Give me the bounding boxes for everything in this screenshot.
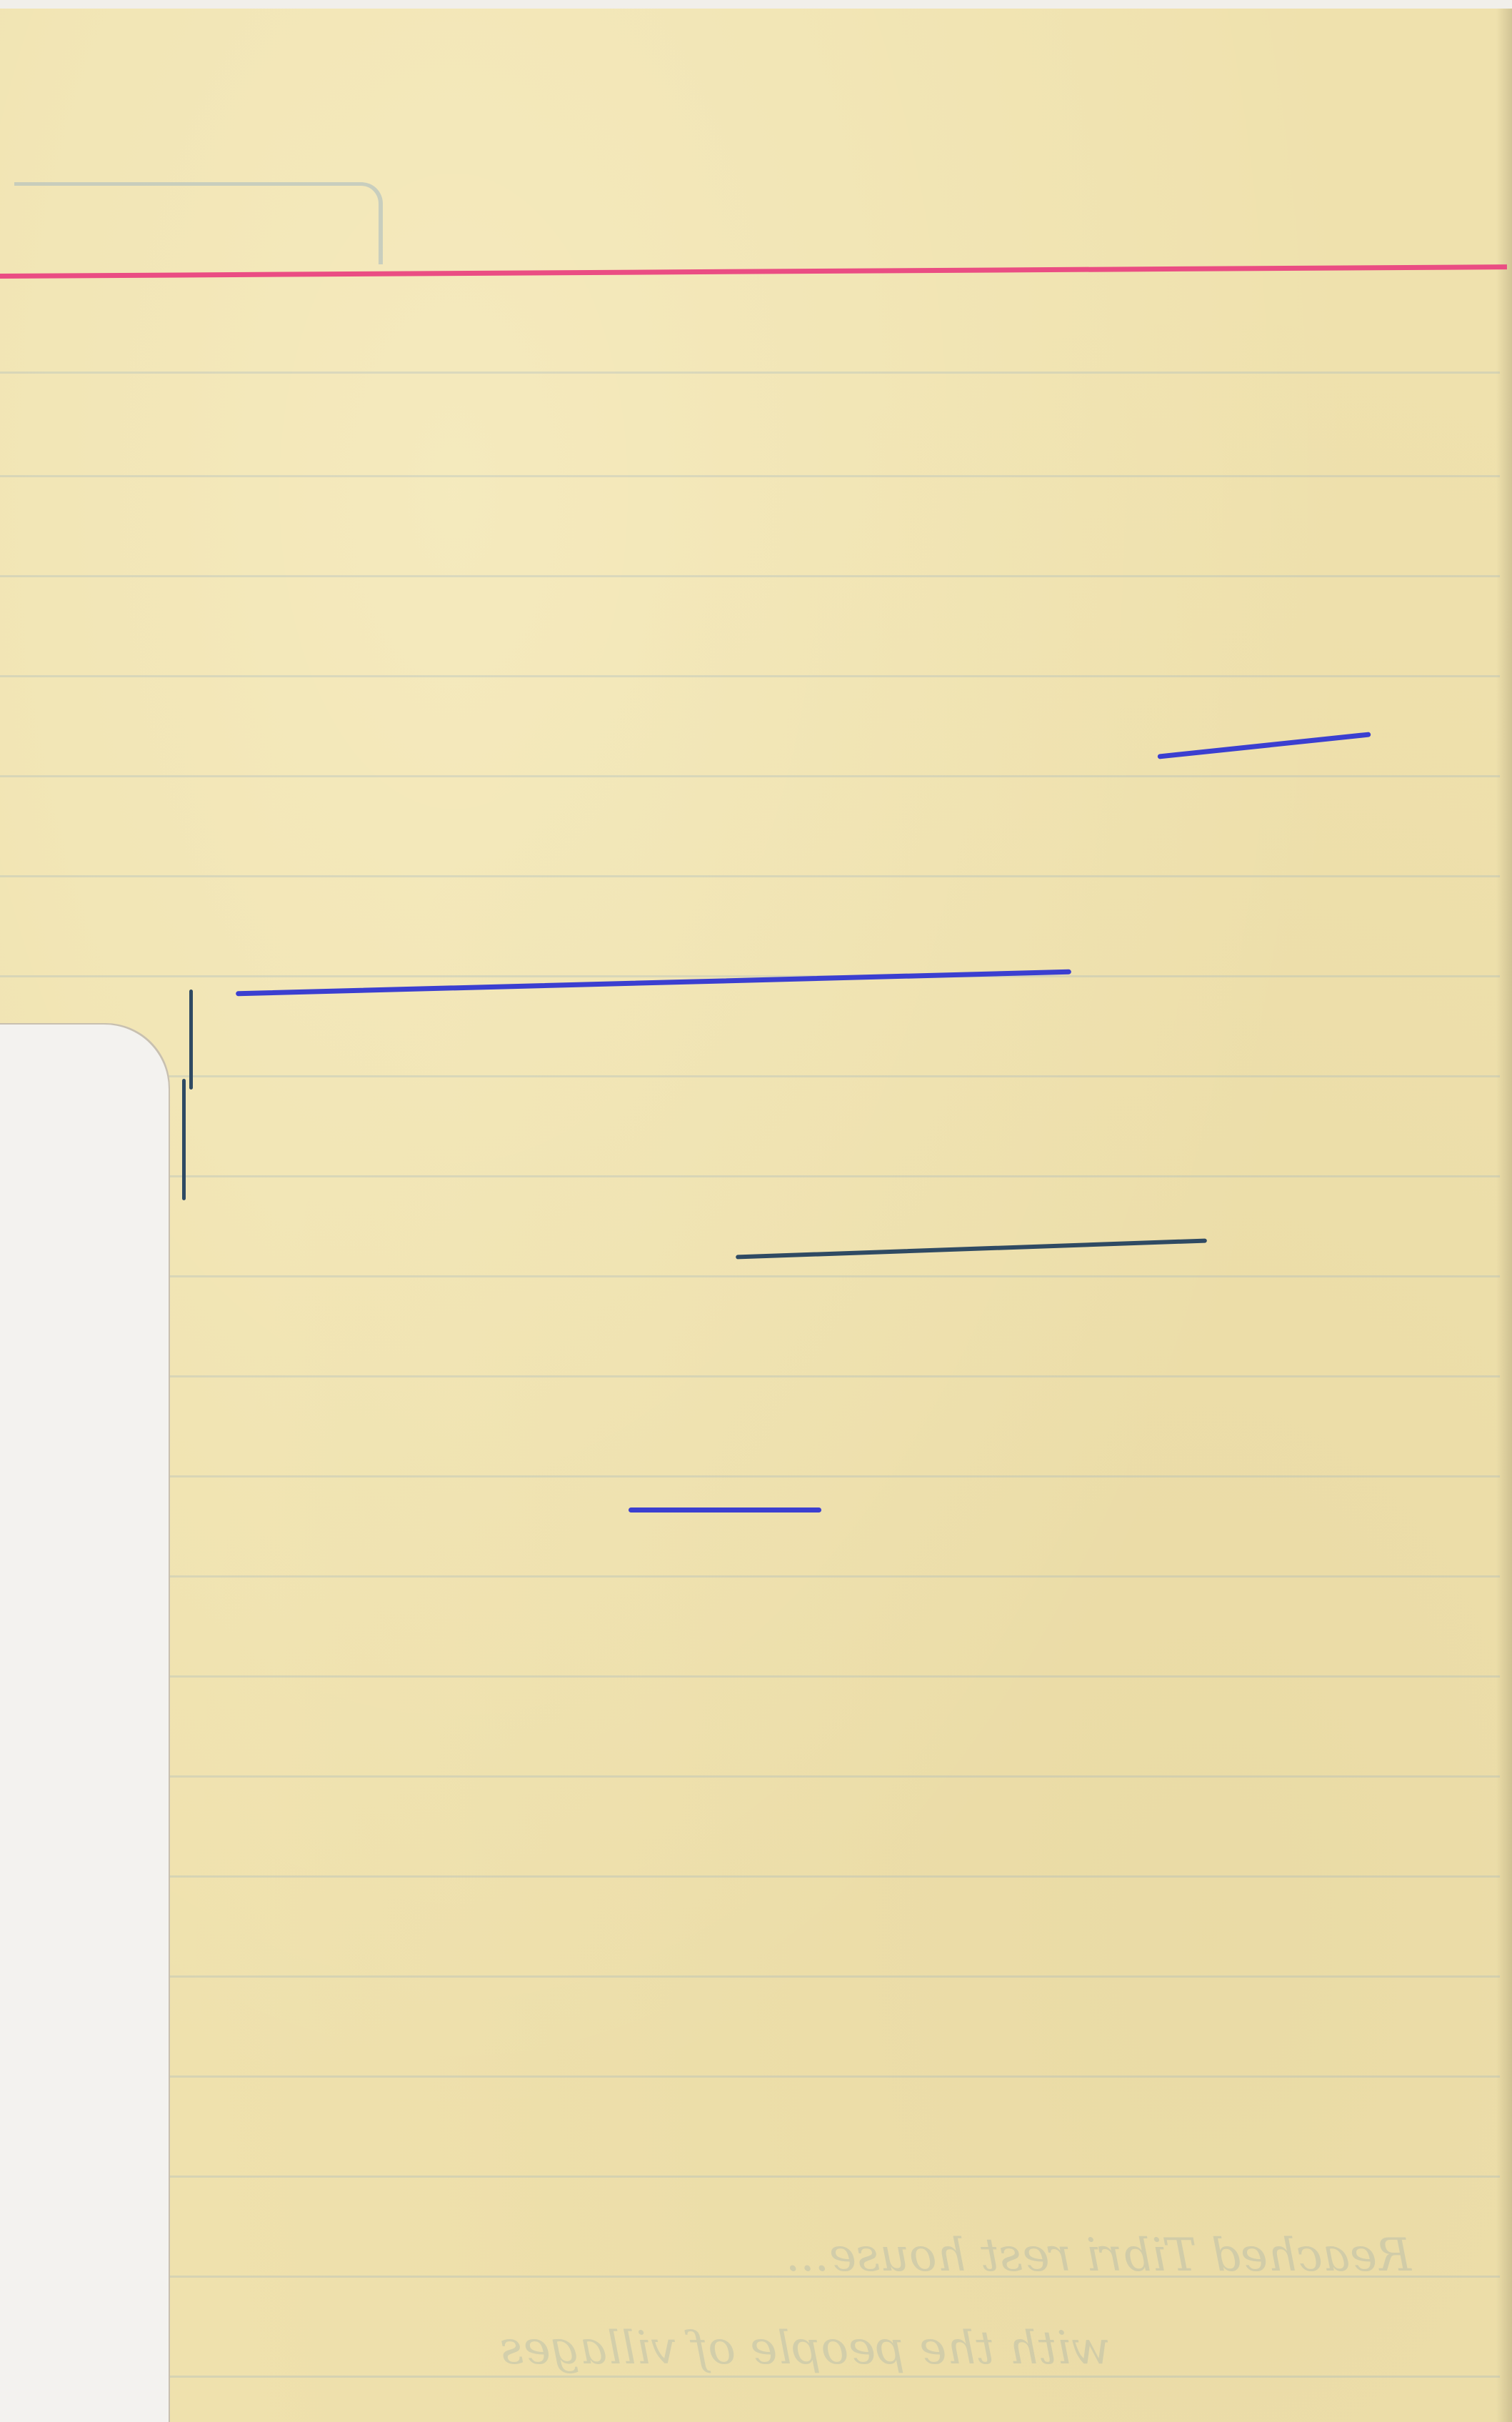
ruling bbox=[0, 1975, 1500, 1978]
ruling bbox=[0, 575, 1500, 577]
margin-bracket bbox=[189, 990, 193, 1090]
ruling bbox=[0, 1175, 1500, 1177]
ruling bbox=[0, 2376, 1500, 2378]
diary-scan: Reached Tibri rest house... with the peo… bbox=[0, 0, 1512, 2422]
ruling bbox=[0, 2176, 1500, 2178]
diary-page bbox=[0, 9, 1512, 2422]
ruling bbox=[0, 475, 1500, 477]
ruling bbox=[0, 1275, 1500, 1277]
ruling bbox=[0, 1675, 1500, 1678]
ruling bbox=[0, 1475, 1500, 1477]
ruling bbox=[0, 1075, 1500, 1077]
page-edge-shadow bbox=[1496, 9, 1512, 2422]
ruling bbox=[0, 1575, 1500, 1578]
ruling bbox=[0, 1775, 1500, 1778]
ruling bbox=[0, 2075, 1500, 2078]
faint-stamp bbox=[14, 182, 383, 264]
underline-pandori bbox=[629, 1507, 821, 1512]
bleed-through-text: Reached Tibri rest house... bbox=[786, 2229, 1411, 2282]
ruling bbox=[0, 372, 1500, 374]
ruling bbox=[0, 875, 1500, 877]
ruling bbox=[0, 1375, 1500, 1377]
margin-bracket bbox=[182, 1079, 186, 1200]
ruling bbox=[0, 1875, 1500, 1878]
page-notch-cutout bbox=[0, 1023, 170, 2422]
ruling bbox=[0, 775, 1500, 777]
ruling bbox=[0, 675, 1500, 677]
bleed-through-text: with the people of villages bbox=[500, 2322, 1111, 2375]
